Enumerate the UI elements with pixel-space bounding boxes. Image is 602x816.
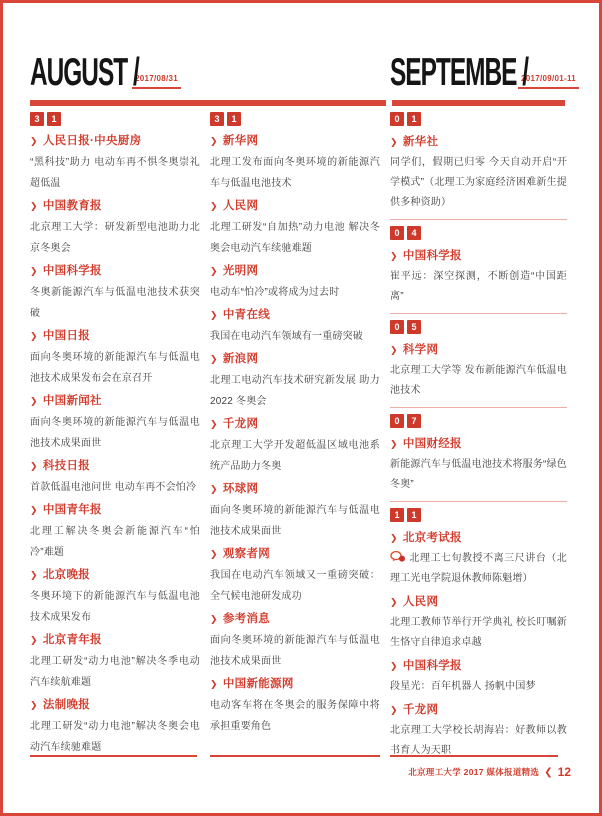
date-badge-07: 0 7 [390, 414, 567, 428]
chevron-right-icon: ❯ [30, 326, 38, 347]
badge-digit: 7 [407, 414, 421, 428]
media-name-label: 观察者网 [223, 544, 270, 565]
group-divider [390, 313, 567, 314]
chevron-right-icon: ❯ [210, 544, 218, 565]
media-name-label: 中国新能源网 [223, 674, 294, 695]
chevron-right-icon: ❯ [30, 565, 38, 586]
media-name-label: 千龙网 [223, 414, 258, 435]
article-title: 冬奥环境下的新能源汽车与低温电池技术成果发布 [30, 586, 200, 628]
article-item: ❯观察者网 我国在电动汽车领域又一重磅突破：全气候电池研发成功 [210, 544, 380, 607]
article-item: ❯新华网 北理工发布面向冬奥环境的新能源汽车与低温电池技术 [210, 131, 380, 194]
media-name: ❯观察者网 [210, 544, 380, 565]
article-title: “黑科技”助力 电动车再不惧冬奥崇礼超低温 [30, 152, 200, 194]
date-badge-04: 0 4 [390, 226, 567, 240]
article-item: ❯人民网 北理工教师节举行开学典礼 校长叮嘱新生恪守自律追求卓越 [390, 591, 567, 653]
day-group-11: 1 1 ❯北京考试报 北理工七旬教授不离三尺讲台（北理工光电学院退休教师陈魁增）… [390, 508, 567, 761]
group-divider [390, 407, 567, 408]
article-title: 北京理工大学开发超低温区域电池系统产品助力冬奥 [210, 435, 380, 477]
media-name: ❯人民网 [390, 591, 567, 613]
article-title: 同学们，假期已归零 今天自动开启“开学模式”（北理工为家庭经济困难新生提供多种资… [390, 153, 567, 213]
article-item: ❯中国科学报 崔平远：深空探测，不断创造“中国距离” [390, 245, 567, 307]
badge-digit: 0 [390, 414, 404, 428]
column-end-rule [390, 755, 558, 757]
article-title: 面向冬奥环境的新能源汽车与低温电池技术成果面世 [30, 412, 200, 454]
chevron-right-icon: ❯ [390, 131, 398, 153]
article-item: ❯法制晚报 北理工研发“动力电池”解决冬奥会电动汽车续驰难题 [30, 695, 200, 758]
media-name-label: 新华网 [223, 131, 258, 152]
article-item: ❯中国财经报 新能源汽车与低温电池技术将服务“绿色冬奥” [390, 433, 567, 495]
article-title: 北理工研发“动力电池”解决冬季电动汽车续航难题 [30, 651, 200, 693]
chevron-right-icon: ❯ [210, 349, 218, 370]
badge-digit: 1 [407, 112, 421, 126]
article-title: 崔平远：深空探测，不断创造“中国距离” [390, 267, 567, 307]
article-title: 北理工研发“动力电池”解决冬奥会电动汽车续驰难题 [30, 716, 200, 758]
chevron-right-icon: ❯ [390, 433, 398, 455]
speech-bubble-icon [390, 550, 406, 561]
chevron-right-icon: ❯ [210, 479, 218, 500]
chevron-right-icon: ❯ [30, 131, 38, 152]
badge-digit: 0 [390, 320, 404, 334]
media-name: ❯中国科学报 [30, 261, 200, 282]
article-title: 段星光：百年机器人 扬帆中国梦 [390, 677, 567, 697]
date-badge-01: 0 1 [390, 112, 567, 126]
chevron-right-icon: ❯ [30, 500, 38, 521]
article-item: ❯人民网 北理工研发“自加热”动力电池 解决冬奥会电动汽车续驰难题 [210, 196, 380, 259]
media-name: ❯新浪网 [210, 349, 380, 370]
media-name-label: 人民网 [403, 591, 438, 613]
september-column: 0 1 ❯新华社 同学们，假期已归零 今天自动开启“开学模式”（北理工为家庭经济… [390, 112, 567, 761]
article-title: 北理工解决冬奥会新能源汽车“怕冷”难题 [30, 521, 200, 563]
media-name-label: 北京晚报 [43, 565, 90, 586]
chevron-right-icon: ❯ [210, 609, 218, 630]
media-name: ❯新华社 [390, 131, 567, 153]
article-title: 北京理工大学：研发新型电池助力北京冬奥会 [30, 217, 200, 259]
media-name: ❯人民日报·中央厨房 [30, 131, 200, 152]
september-title-text: SEPTEMBE / [390, 55, 528, 90]
august-header: AUGUST / 2017/08/31 [30, 48, 181, 90]
september-title: SEPTEMBE / [390, 56, 518, 90]
media-name: ❯中国财经报 [390, 433, 567, 455]
article-title: 我国在电动汽车领域有一重磅突破 [210, 326, 380, 347]
badge-digit: 0 [390, 112, 404, 126]
media-name: ❯北京晚报 [30, 565, 200, 586]
article-item: ❯千龙网 北京理工大学开发超低温区域电池系统产品助力冬奥 [210, 414, 380, 477]
badge-digit: 5 [407, 320, 421, 334]
chevron-left-icon: ❮ [544, 767, 552, 778]
media-name-label: 科学网 [403, 339, 438, 361]
date-badge-31: 3 1 [30, 112, 200, 126]
august-date-range: 2017/08/31 [132, 74, 181, 89]
media-name-label: 人民日报·中央厨房 [43, 131, 142, 152]
media-name: ❯千龙网 [210, 414, 380, 435]
badge-digit: 1 [390, 508, 404, 522]
media-name-label: 中国科学报 [403, 655, 462, 677]
badge-digit: 3 [210, 112, 224, 126]
media-name: ❯千龙网 [390, 699, 567, 721]
media-name-label: 参考消息 [223, 609, 270, 630]
media-name: ❯环球网 [210, 479, 380, 500]
media-name-label: 中国科学报 [403, 245, 462, 267]
media-name-label: 中国青年报 [43, 500, 102, 521]
media-name-label: 法制晚报 [43, 695, 90, 716]
august-rule-bar [30, 100, 386, 106]
media-name-label: 新浪网 [223, 349, 258, 370]
group-divider [390, 219, 567, 220]
media-name-label: 光明网 [223, 261, 258, 282]
media-name-label: 人民网 [223, 196, 258, 217]
badge-digit: 1 [407, 508, 421, 522]
article-title: 面向冬奥环境的新能源汽车与低温电池技术成果发布会在京召开 [30, 347, 200, 389]
column-end-rule [210, 755, 380, 757]
article-item: ❯千龙网 北京理工大学校长胡海岩：好教师以教书育人为天职 [390, 699, 567, 761]
article-item: ❯参考消息 面向冬奥环境的新能源汽车与低温电池技术成果面世 [210, 609, 380, 672]
article-item: ❯中国青年报 北理工解决冬奥会新能源汽车“怕冷”难题 [30, 500, 200, 563]
chevron-right-icon: ❯ [390, 655, 398, 677]
column-end-rule [30, 755, 197, 757]
day-group-04: 0 4 ❯中国科学报 崔平远：深空探测，不断创造“中国距离” [390, 226, 567, 307]
article-title: 面向冬奥环境的新能源汽车与低温电池技术成果面世 [210, 630, 380, 672]
article-title: 首款低温电池问世 电动车再不会怕冷 [30, 477, 200, 498]
article-title: 北理工教师节举行开学典礼 校长叮嘱新生恪守自律追求卓越 [390, 613, 567, 653]
chevron-right-icon: ❯ [30, 261, 38, 282]
badge-digit: 3 [30, 112, 44, 126]
media-name-label: 中国财经报 [403, 433, 462, 455]
chevron-right-icon: ❯ [390, 699, 398, 721]
chevron-right-icon: ❯ [210, 674, 218, 695]
media-name-label: 中青在线 [223, 305, 270, 326]
media-name-label: 北京青年报 [43, 630, 102, 651]
chevron-right-icon: ❯ [390, 245, 398, 267]
chevron-right-icon: ❯ [210, 196, 218, 217]
media-name: ❯北京考试报 [390, 527, 567, 549]
article-title: 电动客车将在冬奥会的服务保障中将承担重要角色 [210, 695, 380, 737]
article-title: 电动车“怕冷”或将成为过去时 [210, 282, 380, 303]
article-item: ❯科学网 北京理工大学等 发布新能源汽车低温电池技术 [390, 339, 567, 401]
chevron-right-icon: ❯ [30, 695, 38, 716]
article-item: ❯北京青年报 北理工研发“动力电池”解决冬季电动汽车续航难题 [30, 630, 200, 693]
page-number: 12 [558, 765, 571, 779]
article-title: 北理工七旬教授不离三尺讲台（北理工光电学院退休教师陈魁增） [390, 549, 567, 589]
chevron-right-icon: ❯ [30, 196, 38, 217]
chevron-right-icon: ❯ [390, 527, 398, 549]
chevron-right-icon: ❯ [30, 456, 38, 477]
badge-digit: 0 [390, 226, 404, 240]
media-name-label: 科技日报 [43, 456, 90, 477]
chevron-right-icon: ❯ [30, 391, 38, 412]
august-title-text: AUGUST / [30, 55, 139, 90]
september-header: SEPTEMBE / 2017/09/01-11 [390, 48, 579, 90]
article-item: ❯中国科学报 段星光：百年机器人 扬帆中国梦 [390, 655, 567, 697]
date-badge-05: 0 5 [390, 320, 567, 334]
media-name: ❯中国青年报 [30, 500, 200, 521]
article-title: 新能源汽车与低温电池技术将服务“绿色冬奥” [390, 455, 567, 495]
chevron-right-icon: ❯ [210, 261, 218, 282]
article-item: ❯人民日报·中央厨房 “黑科技”助力 电动车再不惧冬奥崇礼超低温 [30, 131, 200, 194]
chevron-right-icon: ❯ [390, 339, 398, 361]
media-name-label: 新华社 [403, 131, 438, 153]
media-name-label: 中国科学报 [43, 261, 102, 282]
media-name: ❯中国新闻社 [30, 391, 200, 412]
article-title: 北理工研发“自加热”动力电池 解决冬奥会电动汽车续驰难题 [210, 217, 380, 259]
media-name: ❯中国科学报 [390, 655, 567, 677]
media-name: ❯中国新能源网 [210, 674, 380, 695]
article-item: ❯新华社 同学们，假期已归零 今天自动开启“开学模式”（北理工为家庭经济困难新生… [390, 131, 567, 213]
media-name-label: 中国日报 [43, 326, 90, 347]
article-title: 面向冬奥环境的新能源汽车与低温电池技术成果面世 [210, 500, 380, 542]
media-name: ❯光明网 [210, 261, 380, 282]
chevron-right-icon: ❯ [390, 591, 398, 613]
media-name-label: 中国新闻社 [43, 391, 102, 412]
day-group-07: 0 7 ❯中国财经报 新能源汽车与低温电池技术将服务“绿色冬奥” [390, 414, 567, 495]
media-name: ❯中青在线 [210, 305, 380, 326]
chevron-right-icon: ❯ [210, 131, 218, 152]
page-footer: 北京理工大学 2017 媒体报道精选 ❮ 12 [408, 765, 571, 779]
chevron-right-icon: ❯ [30, 630, 38, 651]
media-name-label: 北京考试报 [403, 527, 462, 549]
media-name: ❯新华网 [210, 131, 380, 152]
day-group-05: 0 5 ❯科学网 北京理工大学等 发布新能源汽车低温电池技术 [390, 320, 567, 401]
august-column-2: 3 1 ❯新华网 北理工发布面向冬奥环境的新能源汽车与低温电池技术 ❯人民网 北… [210, 112, 380, 737]
date-badge-31: 3 1 [210, 112, 380, 126]
article-title: 冬奥新能源汽车与低温电池技术获突破 [30, 282, 200, 324]
date-badge-11: 1 1 [390, 508, 567, 522]
media-name: ❯科技日报 [30, 456, 200, 477]
article-item: ❯中国新能源网 电动客车将在冬奥会的服务保障中将承担重要角色 [210, 674, 380, 737]
september-rule-bar [392, 100, 565, 106]
article-item: ❯北京考试报 北理工七旬教授不离三尺讲台（北理工光电学院退休教师陈魁增） [390, 527, 567, 589]
badge-digit: 1 [227, 112, 241, 126]
media-name-label: 环球网 [223, 479, 258, 500]
august-title: AUGUST / [30, 56, 132, 90]
article-item: ❯中青在线 我国在电动汽车领域有一重磅突破 [210, 305, 380, 347]
chevron-right-icon: ❯ [210, 305, 218, 326]
media-name: ❯参考消息 [210, 609, 380, 630]
media-name: ❯北京青年报 [30, 630, 200, 651]
article-title-text: 北理工七旬教授不离三尺讲台（北理工光电学院退休教师陈魁增） [390, 553, 567, 584]
article-item: ❯中国新闻社 面向冬奥环境的新能源汽车与低温电池技术成果面世 [30, 391, 200, 454]
article-item: ❯环球网 面向冬奥环境的新能源汽车与低温电池技术成果面世 [210, 479, 380, 542]
article-item: ❯新浪网 北理工电动汽车技术研究新发展 助力 2022 冬奥会 [210, 349, 380, 412]
chevron-right-icon: ❯ [210, 414, 218, 435]
footer-title: 北京理工大学 2017 媒体报道精选 [408, 766, 539, 778]
badge-digit: 1 [47, 112, 61, 126]
media-name-label: 千龙网 [403, 699, 438, 721]
article-title: 北理工电动汽车技术研究新发展 助力 2022 冬奥会 [210, 370, 380, 412]
media-name: ❯中国教育报 [30, 196, 200, 217]
media-name: ❯人民网 [210, 196, 380, 217]
article-item: ❯中国日报 面向冬奥环境的新能源汽车与低温电池技术成果发布会在京召开 [30, 326, 200, 389]
article-item: ❯中国教育报 北京理工大学：研发新型电池助力北京冬奥会 [30, 196, 200, 259]
day-group-01: 0 1 ❯新华社 同学们，假期已归零 今天自动开启“开学模式”（北理工为家庭经济… [390, 112, 567, 213]
article-item: ❯科技日报 首款低温电池问世 电动车再不会怕冷 [30, 456, 200, 498]
article-title: 北理工发布面向冬奥环境的新能源汽车与低温电池技术 [210, 152, 380, 194]
badge-digit: 4 [407, 226, 421, 240]
article-title: 我国在电动汽车领域又一重磅突破：全气候电池研发成功 [210, 565, 380, 607]
august-column-1: 3 1 ❯人民日报·中央厨房 “黑科技”助力 电动车再不惧冬奥崇礼超低温 ❯中国… [30, 112, 200, 758]
group-divider [390, 501, 567, 502]
article-item: ❯中国科学报 冬奥新能源汽车与低温电池技术获突破 [30, 261, 200, 324]
media-name: ❯法制晚报 [30, 695, 200, 716]
article-title: 北京理工大学等 发布新能源汽车低温电池技术 [390, 361, 567, 401]
media-name: ❯中国日报 [30, 326, 200, 347]
media-name: ❯中国科学报 [390, 245, 567, 267]
article-item: ❯光明网 电动车“怕冷”或将成为过去时 [210, 261, 380, 303]
media-name: ❯科学网 [390, 339, 567, 361]
article-item: ❯北京晚报 冬奥环境下的新能源汽车与低温电池技术成果发布 [30, 565, 200, 628]
media-name-label: 中国教育报 [43, 196, 102, 217]
